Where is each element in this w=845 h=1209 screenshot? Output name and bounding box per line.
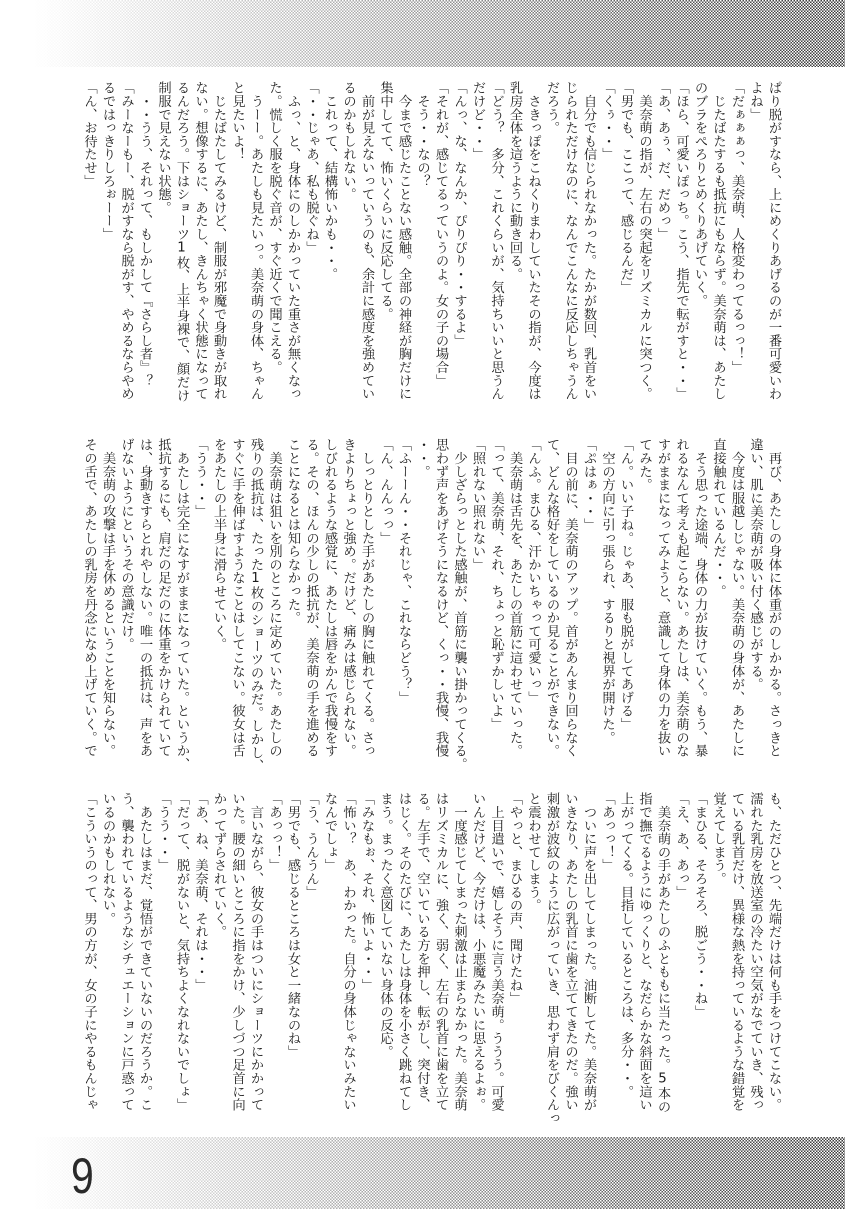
text-column: 今度は服越しじゃない。美奈萌の身体が、あたしに — [727, 438, 746, 773]
text-column: 覚えてしまう。 — [708, 792, 727, 1127]
text-column: は、身動きすらとれやしない。唯一の抵抗は、声をあ — [135, 438, 154, 773]
text-column: 「んっ、な、なんか、ぴりぴり・・するよ」 — [449, 81, 468, 416]
text-column: 違い、肌に美奈萌が吸い付く感じがする。 — [745, 438, 764, 773]
text-column: てみた。 — [634, 438, 653, 773]
text-column: その舌で、あたしの乳房を丹念になめ上げていく。で — [79, 438, 98, 773]
halftone-band-top — [0, 0, 845, 67]
text-column: ・・。 — [412, 438, 431, 773]
text-column: れるなんて考えも起こらない。あたしは、美奈萌のな — [671, 438, 690, 773]
text-column: すぐに手を伸ばすようなことはしてこない。彼女は舌 — [227, 438, 246, 773]
text-column: 乳房全体を這うように動き回る。 — [505, 81, 524, 416]
text-column: 残りの抵抗は、たった1枚のショーツのみだ。しかし、 — [246, 438, 265, 773]
text-column: ついに声を出してしまった。油断してた。美奈萌が — [579, 792, 598, 1127]
text-column: はリズミカルに、強く、弱く、左右の乳首に歯を立て — [431, 792, 450, 1127]
text-column: ことになるとは知らなかった。 — [283, 438, 302, 773]
text-column: 目の前に、美奈萌のアップ。首があんまり回らなく — [560, 438, 579, 773]
text-column: 「だって、脱がないと、気持ちよくなれないでしょ」 — [172, 792, 191, 1127]
text-column: 直接触れているんだ・・。 — [708, 438, 727, 773]
text-column: 思わず声をあげそうになるけど、くっ・・我慢、我慢 — [431, 438, 450, 773]
text-block-tier-1: ぱり脱がすなら、上にめくりあげるのが一番可愛いわ よね」 「だぁぁぁっ、美奈萌、… — [79, 81, 782, 416]
text-column: 「こういうのって、男の方が、女の子にやるもんじゃ — [79, 792, 98, 1127]
text-column: これって、結構怖いかも・・。 — [320, 81, 339, 416]
text-column: 美奈萌は舌先を、あたしの首筋に這わせていった。 — [505, 438, 524, 773]
text-column: ・・うう、それって、もしかして『さらし者』？ — [135, 81, 154, 416]
text-column: 指で撫でるようにゆっくりと、なだらかな斜面を這い — [634, 792, 653, 1127]
text-column: 「まひる、そろそろ、脱ごう・・ね」 — [690, 792, 709, 1127]
text-column: 美奈萌の攻撃は手を休めるということを知らない。 — [98, 438, 117, 773]
text-column: 「あっっ！」 — [264, 792, 283, 1127]
text-column: そう思った途端、身体の力が抜けていく。もう、暴 — [690, 438, 709, 773]
text-column: 美奈萌の手があたしのふとももに当たった。5本の — [653, 792, 672, 1127]
text-column: た。慌しく服を脱ぐ音が、すぐ近くで聞こえる。 — [264, 81, 283, 416]
text-column: るではっきりしろぉーー」 — [98, 81, 117, 416]
text-column: いきなり、あたしの乳首に歯を立ててきたのだ。強い — [560, 792, 579, 1127]
text-column: 美奈萌は狙いを別のところに定めていた。あたしの — [264, 438, 283, 773]
text-column: じたばたするも抵抗にもならず。美奈萌は、あたし — [708, 81, 727, 416]
text-block-tier-2: 再び、あたしの身体に体重がのしかかる。さっきと 違い、肌に美奈萌が吸い付く感じが… — [79, 438, 782, 773]
text-column: う、襲われているようなシチュエーションに戸惑って — [116, 792, 135, 1127]
text-column: るのかもしれない。 — [338, 81, 357, 416]
text-column: 「え、あ、あっ」 — [671, 792, 690, 1127]
text-block-tier-3: も、ただひとつ、先端だけは何も手をつけてこない。 濡れた乳房を放送室の冷たい空気… — [79, 792, 782, 1127]
text-column: あたしはまだ、覚悟ができていないのだろうか。こ — [135, 792, 154, 1127]
text-column: だけど・・」 — [468, 81, 487, 416]
text-column: 「やっと、まひるの声、聞けたね」 — [505, 792, 524, 1127]
text-column: 再び、あたしの身体に体重がのしかかる。さっきと — [764, 438, 783, 773]
text-column: 少しざらっとした感触が、首筋に襲い掛かってくる。 — [449, 438, 468, 773]
text-column: ふっ、と、身体にのしかかっていた重さが無くなっ — [283, 81, 302, 416]
text-column: かってずらされていく。 — [209, 792, 228, 1127]
text-column: 一度感じてしまった刺激は止まらなかった。美奈萌 — [449, 792, 468, 1127]
text-column: じられただけなのに、なんでこんなに反応しちゃうん — [560, 81, 579, 416]
text-column: 「あ、ね、美奈萌、それは・・」 — [190, 792, 209, 1127]
text-column: だろう。 — [542, 81, 561, 416]
text-column: 「男でも、感じるところは女と一緒なのね」 — [283, 792, 302, 1127]
text-column: しびれるような感覚に、あたしは唇をかんで我慢をす — [320, 438, 339, 773]
text-column: 空の方向に引っ張られ、するりと視界が開けた。 — [597, 438, 616, 773]
text-column: 「ん、お待たせ」 — [79, 81, 98, 416]
text-column: いるのかもしれない。 — [98, 792, 117, 1127]
text-column: きよりちょっと強め。だけど、痛みは感じられない。 — [338, 438, 357, 773]
text-column: まう。まったく意図していない身体の反応。 — [375, 792, 394, 1127]
text-column: 「照れない照れない」 — [468, 438, 487, 773]
text-column: うーー。あたしも見たいっ。美奈萌の身体、ちゃん — [246, 81, 265, 416]
text-column: 上目遣いで、嬉しそうに言う美奈萌。ううう。可愛 — [486, 792, 505, 1127]
text-column: 「ん、んんっっ」 — [375, 438, 394, 773]
text-column: 「あ、あぅ、だ、だめっ」 — [653, 81, 672, 416]
text-column: る。その、ほんの少しの抵抗が、美奈萌の手を進める — [301, 438, 320, 773]
text-column: 「みなもぉ、それ、怖いよ・・」 — [357, 792, 376, 1127]
text-column: いんだけど、今だけは、小悪魔みたいに思えるよぉ。 — [468, 792, 487, 1127]
text-column: なんでしょ」 — [320, 792, 339, 1127]
text-column: ぱり脱がすなら、上にめくりあげるのが一番可愛いわ — [764, 81, 783, 416]
text-column: 美奈萌の指が、左右の突起をリズミカルに突つく。 — [634, 81, 653, 416]
text-column: 言いながら、彼女の手はついにショーツにかかって — [246, 792, 265, 1127]
text-column: いた。腰の細いところに指をかけ、少しづつ足首に向 — [227, 792, 246, 1127]
text-column: しっとりとした手があたしの胸に触れてくる。さっ — [357, 438, 376, 773]
text-column: 「うう・・」 — [190, 438, 209, 773]
text-column: あたしは完全になすがままになっていた。というか、 — [172, 438, 191, 773]
text-column: 「って、美奈萌、それ、ちょっと恥ずかしいよ」 — [486, 438, 505, 773]
text-column: るんだろう。下はショーツ1枚、上半身裸で、顔だけ — [172, 81, 191, 416]
text-column: 「ぷはぁ・・」 — [579, 438, 598, 773]
text-column: 「くぅ・・」 — [597, 81, 616, 416]
text-column: 「みーなーもー、脱がすなら脱がす、やめるならやめ — [116, 81, 135, 416]
text-column: はじく。そのたびに、あたしは身体を小さく跳ねてし — [394, 792, 413, 1127]
halftone-band-bottom — [0, 1137, 845, 1209]
text-column: 濡れた乳房を放送室の冷たい空気がなでていき、残っ — [745, 792, 764, 1127]
text-column: 「怖い？ あ、わかった。自分の身体じゃないみたい — [338, 792, 357, 1127]
text-column: さきっぽをこねくりまわしていたその指が、今度は — [523, 81, 542, 416]
text-column: をあたしの上半身に滑らせていく。 — [209, 438, 228, 773]
text-column: 集中してて、怖いくらいに反応してる。 — [375, 81, 394, 416]
text-column: そう・・なの？ — [412, 81, 431, 416]
text-column: と震わせてしまう。 — [523, 792, 542, 1127]
text-column: 前が見えないっていうのも、余計に感度を強めてい — [357, 81, 376, 416]
text-column: 「あっっ！」 — [597, 792, 616, 1127]
text-column: 「う、うんうん」 — [301, 792, 320, 1127]
text-column: 「それが、感じてるっていうのよ。女の子の場合」 — [431, 81, 450, 416]
text-column: も、ただひとつ、先端だけは何も手をつけてこない。 — [764, 792, 783, 1127]
text-column: て、どんな格好をしているのか見ることができない。 — [542, 438, 561, 773]
text-column: 自分でも信じられなかった。たかが数回、乳首をい — [579, 81, 598, 416]
text-column: 「ほら、可愛いぽっち。こう、指先で転がすと・・」 — [671, 81, 690, 416]
text-column: 「男でも、ここって、感じるんだ」 — [616, 81, 635, 416]
text-column: ない。想像するに、あたし、きんちゃく状態になって — [190, 81, 209, 416]
text-column: 「ん。いい子ね。じゃあ、服も脱がしてあげる」 — [616, 438, 635, 773]
text-column: げないようにというその意識だけ。 — [116, 438, 135, 773]
text-column: 「・・じゃあ、私も脱ぐね」 — [301, 81, 320, 416]
text-column: 刺激が波紋のように広がっていき、思わず肩をびくんっ — [542, 792, 561, 1127]
text-column: じたばたしてみるけど、制服が邪魔で身動きが取れ — [209, 81, 228, 416]
text-column: すがままになってみようと、意識して身体の力を抜い — [653, 438, 672, 773]
text-column: 「うう・・」 — [153, 792, 172, 1127]
text-column: 抵抗するにも、肩だの足だのに体重をかけられていて — [153, 438, 172, 773]
text-column: 「ふーーん・・それじゃ、これならどう？」 — [394, 438, 413, 773]
text-column: る。左手で、空いている方を押し、転がし、突付き、 — [412, 792, 431, 1127]
text-column: と見たいよ！ — [227, 81, 246, 416]
page-number: 9 — [71, 1151, 94, 1201]
text-column: ている乳首だけ、異様な熱を持っているような錯覚を — [727, 792, 746, 1127]
text-column: のブラをぺろりとめくりあげていく。 — [690, 81, 709, 416]
text-column: 今まで感じたことない感触。全部の神経が胸だけに — [394, 81, 413, 416]
text-column: 「んふ。まひる、汗かいちゃって可愛いっ」 — [523, 438, 542, 773]
text-column: 上がってくる。目指しているところは、多分・・。 — [616, 792, 635, 1127]
text-column: 制服で見えない状態。 — [153, 81, 172, 416]
text-column: 「だぁぁぁっ、美奈萌、人格変わってるっっ！」 — [727, 81, 746, 416]
text-column: 「どう？ 多分、これくらいが、気持ちいいと思うん — [486, 81, 505, 416]
text-column: よね」 — [745, 81, 764, 416]
